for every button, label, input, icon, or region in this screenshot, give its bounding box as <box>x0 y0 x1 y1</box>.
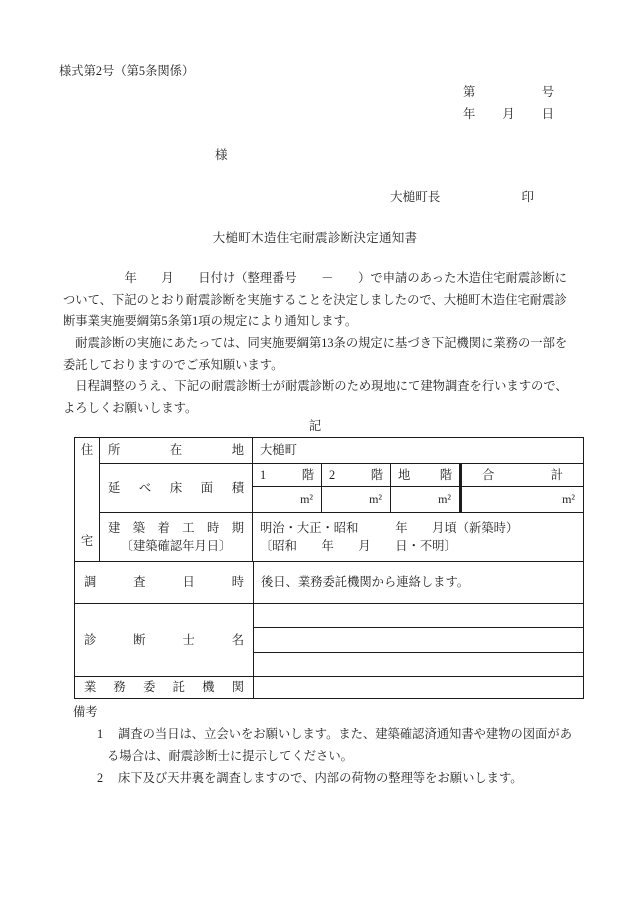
location-label: 所在地 <box>108 444 244 456</box>
body-line: 断事業実施要綱第5条第1項の規定により通知します。 <box>63 315 577 337</box>
seal-placeholder: 印 <box>521 191 534 204</box>
form-number: 様式第2号（第5条関係） <box>59 65 194 77</box>
construction-label: 建築着工時期 <box>108 522 244 534</box>
diagnostician-label: 診断士名 <box>84 634 244 646</box>
floor-col-1f: 1階 <box>253 464 321 486</box>
agency-label-cell: 業務委託機関 <box>75 677 254 698</box>
location-label-cell: 所在地 <box>100 438 253 463</box>
floor-header-row: 1階 2階 地階 合計 <box>253 464 583 486</box>
table-row-agency: 業務委託機関 <box>75 676 583 698</box>
survey-value: 後日、業務委託機関から連絡します。 <box>261 576 576 588</box>
diagnostician-blank-3 <box>254 652 583 676</box>
unit-2f: m² <box>321 487 390 512</box>
recipient-honorific: 様 <box>215 149 228 162</box>
housing-label-top: 住 <box>81 444 93 456</box>
unit-total: m² <box>459 487 583 512</box>
body-line: 年 月 日付け（整理番号 － ）で申請のあった木造住宅耐震診断に <box>63 272 577 294</box>
construction-label-sub: 〔建築確認年月日〕 <box>108 540 244 552</box>
construction-label-cell: 建築着工時期 〔建築確認年月日〕 <box>100 513 253 561</box>
doc-number-line: 第 号 <box>463 86 554 98</box>
doc-number-prefix: 第 <box>463 86 475 98</box>
diagnostician-label-cell: 診断士名 <box>75 604 254 676</box>
floor-col-1f-label: 1階 <box>260 469 314 481</box>
diagnostician-blank-1 <box>254 604 583 627</box>
table-row-floor-area: 延べ床面積 1階 2階 地階 合計 m² m² m² <box>100 463 583 512</box>
construction-value-cell: 明治・大正・昭和 年 月頃（新築時） 〔昭和 年 月 日・不明〕 <box>253 513 583 561</box>
table-row-diagnostician: 診断士名 <box>75 603 583 676</box>
body-line: 耐震診断の実施にあたっては、同実施要綱第13条の規定に基づき下記機関に業務の一部… <box>63 337 577 359</box>
construction-value-line1: 明治・大正・昭和 年 月頃（新築時） <box>260 522 576 534</box>
construction-value-line2: 〔昭和 年 月 日・不明〕 <box>260 540 576 552</box>
date-month-label: 月 <box>502 108 514 120</box>
issuer-line: 大槌町長 印 <box>390 191 534 204</box>
floor-unit-row: m² m² m² m² <box>253 486 583 512</box>
note-1-number: 1 <box>97 728 118 740</box>
date-year-label: 年 <box>463 108 475 120</box>
table-row-location: 所在地 大槌町 <box>100 438 583 463</box>
location-value: 大槌町 <box>260 444 576 456</box>
housing-label-bottom: 宅 <box>81 535 93 547</box>
note-item-1: 1調査の当日は、立会いをお願いします。また、建築確認済通知書や建物の図面があ <box>97 728 573 750</box>
table-row-construction: 建築着工時期 〔建築確認年月日〕 明治・大正・昭和 年 月頃（新築時） 〔昭和 … <box>100 512 583 561</box>
main-table: 住 宅 所在地 大槌町 延べ床面積 <box>74 437 584 699</box>
agency-value-cell <box>254 677 583 698</box>
survey-label-cell: 調査日時 <box>75 562 254 603</box>
document-title: 大槌町木造住宅耐震診断決定通知書 <box>0 232 630 245</box>
doc-number-suffix: 号 <box>542 86 554 98</box>
floor-col-2f-label: 2階 <box>329 469 383 481</box>
document-page: 様式第2号（第5条関係） 第 号 年 月 日 様 大槌町長 印 大槌町木造住宅耐… <box>0 0 630 903</box>
note-2-text: 床下及び天井裏を調査しますので、内部の荷物の整理等をお願いします。 <box>118 771 523 785</box>
agency-label: 業務委託機関 <box>84 681 244 693</box>
note-item-2: 2床下及び天井裏を調査しますので、内部の荷物の整理等をお願いします。 <box>97 772 573 794</box>
floor-area-label: 延べ床面積 <box>108 482 244 494</box>
table-row-survey: 調査日時 後日、業務委託機関から連絡します。 <box>75 561 583 603</box>
note-1-text: 調査の当日は、立会いをお願いします。また、建築確認済通知書や建物の図面があ <box>118 727 572 741</box>
floor-col-total: 合計 <box>459 464 583 486</box>
date-line: 年 月 日 <box>463 108 554 120</box>
floor-area-label-cell: 延べ床面積 <box>100 464 253 512</box>
body-paragraphs: 年 月 日付け（整理番号 － ）で申請のあった木造住宅耐震診断に ついて、下記の… <box>63 272 577 424</box>
diagnostician-blank-2 <box>254 627 583 651</box>
body-line: ついて、下記のとおり耐震診断を実施することを決定しましたので、大槌町木造住宅耐震… <box>63 294 577 316</box>
table-section-housing: 住 宅 所在地 大槌町 延べ床面積 <box>75 438 583 561</box>
housing-group-label: 住 宅 <box>75 438 100 561</box>
date-day-label: 日 <box>542 108 554 120</box>
survey-label: 調査日時 <box>84 576 244 588</box>
location-value-cell: 大槌町 <box>253 438 583 463</box>
body-line: 日程調整のうえ、下記の耐震診断士が耐震診断のため現地にて建物調査を行いますので、 <box>63 380 577 402</box>
floor-col-basement: 地階 <box>390 464 459 486</box>
floor-col-basement-label: 地階 <box>398 469 452 481</box>
ki-heading: 記 <box>0 420 630 432</box>
floor-col-2f: 2階 <box>321 464 390 486</box>
issuer-title: 大槌町長 <box>390 191 440 204</box>
survey-value-cell: 後日、業務委託機関から連絡します。 <box>254 562 583 603</box>
notes-heading: 備考 <box>73 706 573 728</box>
body-line: 委託しておりますのでご承知願います。 <box>63 359 577 381</box>
notes-section: 備考 1調査の当日は、立会いをお願いします。また、建築確認済通知書や建物の図面が… <box>73 706 573 794</box>
note-2-number: 2 <box>97 772 118 784</box>
diagnostician-value-rows <box>254 604 583 676</box>
unit-basement: m² <box>390 487 459 512</box>
unit-1f: m² <box>253 487 321 512</box>
floor-col-total-label: 合計 <box>482 469 563 481</box>
note-item-1-continuation: る場合は、耐震診断士に提示してください。 <box>107 750 573 772</box>
